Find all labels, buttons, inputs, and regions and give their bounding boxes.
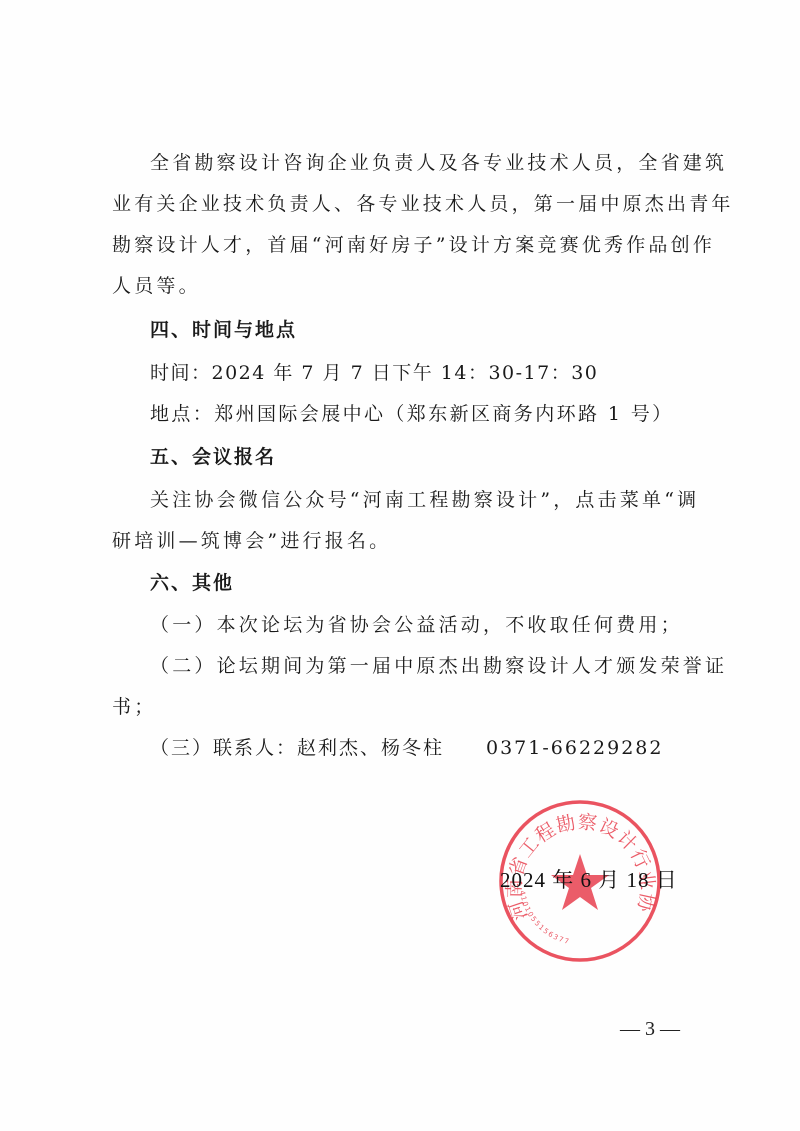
other-item-1: （一）本次论坛为省协会公益活动，不收取任何费用； [150, 612, 683, 638]
document-page: 全省勘察设计咨询企业负责人及各专业技术人员，全省建筑 业有关企业技术负责人、各专… [0, 0, 800, 1131]
participants-line-3: 勘察设计人才，首届“河南好房子”设计方案竞赛优秀作品创作 [112, 232, 715, 258]
other-item-2-line-2: 书； [112, 694, 156, 720]
participants-line-1: 全省勘察设计咨询企业负责人及各专业技术人员，全省建筑 [150, 150, 727, 176]
section6-heading: 六、其他 [150, 570, 234, 596]
meeting-time: 时间：2024 年 7 月 7 日下午 14：30-17：30 [150, 360, 598, 386]
page-number: — 3 — [620, 1018, 680, 1041]
other-item-2-line-1: （二）论坛期间为第一届中原杰出勘察设计人才颁发荣誉证 [150, 653, 727, 679]
participants-line-4: 人员等。 [112, 273, 201, 299]
registration-line-2: 研培训—筑博会”进行报名。 [112, 528, 391, 554]
meeting-place: 地点：郑州国际会展中心（郑东新区商务内环路 1 号） [150, 401, 674, 427]
section5-heading: 五、会议报名 [150, 444, 276, 470]
participants-line-2: 业有关企业技术负责人、各专业技术人员，第一届中原杰出青年 [112, 191, 734, 217]
section4-heading: 四、时间与地点 [150, 317, 297, 343]
registration-line-1: 关注协会微信公众号“河南工程勘察设计”，点击菜单“调 [150, 487, 699, 513]
signature-date: 2024 年 6 月 18 日 [500, 864, 678, 894]
other-item-3-contact: （三）联系人：赵利杰、杨冬柱 0371-66229282 [150, 735, 663, 761]
